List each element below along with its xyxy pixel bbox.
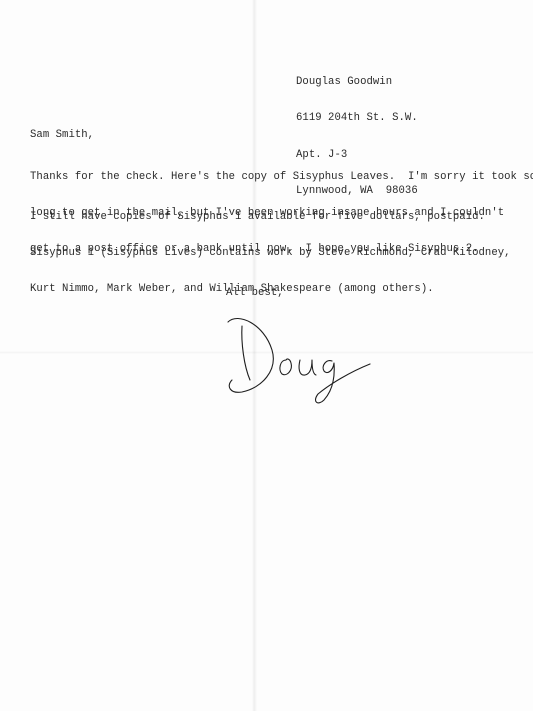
paragraph-line: I still have copies of Sisyphus 1 availa… xyxy=(30,211,511,223)
salutation: Sam Smith, xyxy=(30,129,94,141)
closing: All best, xyxy=(226,287,284,299)
sender-street: 6119 204th St. S.W. xyxy=(296,112,418,124)
body-paragraph-2: I still have copies of Sisyphus 1 availa… xyxy=(30,187,511,319)
handwritten-signature xyxy=(220,308,380,408)
sender-name: Douglas Goodwin xyxy=(296,76,418,88)
paragraph-line: Sisyphus 1 (Sisyphus Lives) contains wor… xyxy=(30,247,511,259)
paragraph-line: Thanks for the check. Here's the copy of… xyxy=(30,171,533,183)
letter-page: Douglas Goodwin 6119 204th St. S.W. Apt.… xyxy=(0,0,533,711)
